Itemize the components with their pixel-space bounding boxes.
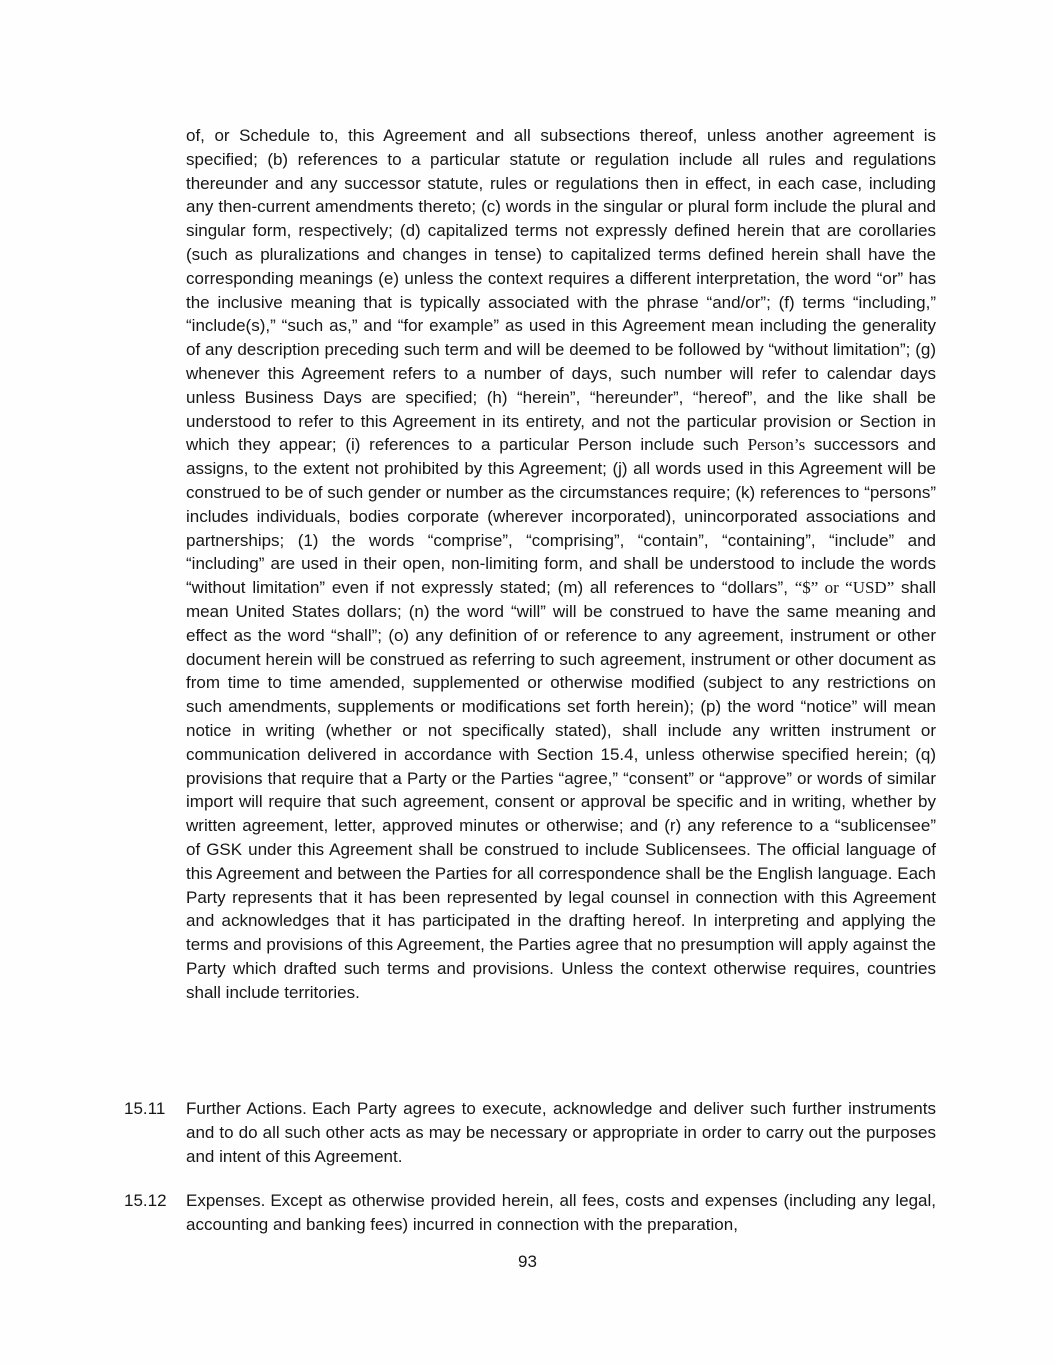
section-heading: Further Actions. xyxy=(186,1099,307,1118)
serif-text-run: “$” or “USD” xyxy=(795,578,895,597)
section-heading: Expenses. xyxy=(186,1191,265,1210)
section-body: Except as otherwise provided herein, all… xyxy=(186,1191,936,1234)
section-text: Expenses.Except as otherwise provided he… xyxy=(186,1189,936,1237)
serif-text-run: Person’s xyxy=(748,435,806,454)
section-number: 15.12 xyxy=(124,1189,186,1237)
section-text: Further Actions.Each Party agrees to exe… xyxy=(186,1097,936,1168)
text-run: of, or Schedule to, this Agreement and a… xyxy=(186,126,936,454)
section-number: 15.11 xyxy=(124,1097,186,1168)
continuation-paragraph: of, or Schedule to, this Agreement and a… xyxy=(186,124,936,1004)
text-run: successors and assigns, to the extent no… xyxy=(186,435,936,597)
page-number: 93 xyxy=(0,1252,1055,1272)
section-15-12: 15.12 Expenses.Except as otherwise provi… xyxy=(124,1189,936,1237)
document-page: of, or Schedule to, this Agreement and a… xyxy=(0,0,1055,1365)
section-15-11: 15.11 Further Actions.Each Party agrees … xyxy=(124,1097,936,1168)
text-run: shall mean United States dollars; (n) th… xyxy=(186,578,936,1002)
